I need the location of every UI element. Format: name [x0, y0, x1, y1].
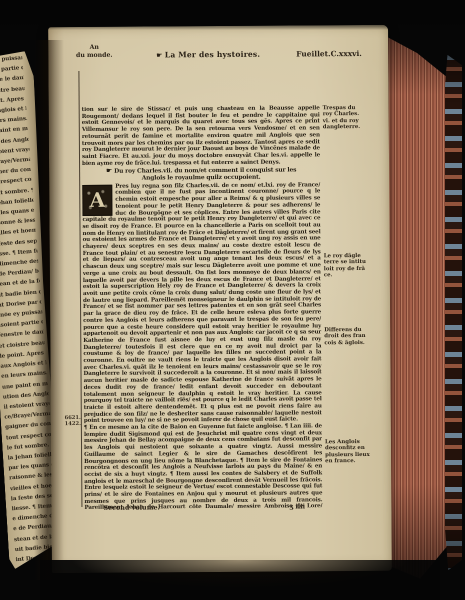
verso-fragment-line: la feste des sept seaulx: [0, 238, 37, 248]
margin-column-header: An du monde.: [66, 44, 122, 59]
verso-fragment-line: la Jehan folielle.xx.: [0, 198, 34, 208]
verso-fragment-line: le fut sombre. ¶ Item: [7, 442, 53, 452]
chapter-heading-text: Du roy Charles.vii. du nom/et comment il…: [114, 167, 296, 182]
folio-number: Fueillet.C.xxxvi.: [296, 49, 386, 59]
book-photo: { "photo": { "background_color": "#06060…: [0, 0, 465, 600]
margin-year: 6621. 1422.: [55, 415, 81, 427]
verso-fragment-line: ce/Braye/Vermandois: [0, 157, 30, 167]
verso-fragment-line: il estoient vrayemẽt: [3, 401, 49, 411]
verso-fragment-line: int Dorise par compai: [0, 299, 42, 309]
verso-fragment-line: ution des Anglois le: [3, 391, 49, 401]
paragraph-continuation: tion sur le sire de Stissac/ et puis ung…: [82, 105, 320, 167]
chapter-paragraph: APres luy regna son filz Charles.vii. de…: [82, 182, 322, 425]
verso-fragment-line: par les quans et prisone: [8, 462, 54, 472]
verso-fragment-line: une paint en mariage: [0, 126, 28, 136]
verso-fragment-line: asoient partie que luy: [0, 320, 43, 330]
verso-fragment-line: liesse. ¶ Item fut: [0, 248, 38, 258]
quire-signature: ʒ iiii: [289, 502, 305, 510]
drop-cap-letter: A: [90, 190, 106, 210]
events-paragraph: ¶ En ce mesme an la cite de Baion en Guy…: [84, 423, 323, 509]
book-page-recto: An du monde. ☛La Mer des hystoires. Fuei…: [48, 25, 392, 573]
verso-fragment-line: le point. Apres la mort: [0, 350, 46, 360]
verso-fragment-line: aux Anglois et leur: [0, 360, 46, 370]
margin-note-anglois-desconfitz: Les Anglois desconfitz en plusieurs lieu…: [325, 439, 387, 465]
woodcut-initial: A: [82, 184, 112, 215]
verso-fragment-line: gaigner du conte Dau: [5, 421, 51, 431]
verso-fragment-line: et cloistre beau la boche: [0, 86, 25, 96]
verso-fragment-line: le fut sombre. ¶ Item: [0, 187, 33, 197]
running-title: ☛La Mer des hystoires.: [156, 49, 306, 59]
verso-fragment-line: vieilles et hoemmes im: [10, 482, 56, 492]
verso-fragment-line: la feste des sept seaulx: [11, 492, 57, 502]
book-binding-edge: [445, 55, 462, 570]
verso-fragment-line: e de Perdiau/ bastard: [0, 269, 39, 279]
verso-fragment-line: uit badie bien quil fu: [0, 289, 41, 299]
main-text-block: tion sur le sire de Stissac/ et puis ung…: [82, 105, 323, 509]
verso-fragment-line: e dimenche dessoubz les: [0, 259, 39, 269]
manicule-icon: ☛: [156, 51, 163, 59]
margin-note-roi-angleterre: Le roy dãgle terre se intitu loit roy de…: [324, 253, 386, 279]
verso-fragment-line: stean et de la fouette: [0, 279, 40, 289]
verso-fragment-line: fenestre le daulphin et: [0, 330, 44, 340]
manicule-icon: ☛: [106, 167, 112, 175]
verso-fragment-line: gnõe ey puissance: [0, 55, 22, 65]
verso-fragment-line: tout respect contre les: [0, 177, 32, 187]
book-fore-edge: [386, 28, 448, 584]
running-title-text: La Mer des hystoires.: [165, 50, 261, 60]
verso-fragment-line: vieilles et hoemmes im: [0, 228, 36, 238]
verso-fragment-line: par les quans et prisone: [0, 208, 35, 218]
verso-fragment-line: ce/Braye/Vermandois: [4, 411, 50, 421]
verso-fragment-line: en leurs mains. Les: [0, 116, 27, 126]
chapter-paragraph-text: Pres luy regna son filz Charles.vii. de …: [82, 182, 321, 424]
verso-fragment-line: le point. Apres la mort: [0, 96, 26, 106]
margin-note-differens: Differens du droit des fran cois & ãgloi…: [324, 327, 386, 347]
verso-fragment-line: raisonne & lesse humble: [0, 218, 35, 228]
verso-fragment-line: et cloistre beau la boche: [0, 340, 45, 350]
verso-fragment-line: fenestre le daulphin et: [0, 75, 24, 85]
volume-label: Second volume.: [103, 503, 159, 511]
margin-note-trespas: Trespas du roy Charles. vi. et du roy da…: [323, 105, 385, 131]
year-grace: 1422.: [65, 421, 81, 427]
verso-fragment-line: aux Anglois et leur: [0, 106, 26, 116]
verso-fragment-line: tout respect contre les: [6, 431, 52, 441]
chapter-heading: ☛Du roy Charles.vii. du nom/et comment i…: [82, 167, 320, 183]
verso-fragment-line: gnõe ey puissance: [0, 309, 43, 319]
verso-fragment-line: raisonne & lesse humble: [9, 472, 55, 482]
verso-fragment-line: il estoient vrayemẽt: [0, 147, 30, 157]
verso-fragment-line: asoient partie que luy: [0, 65, 23, 75]
verso-fragment-line: la Jehan folielle.xx.: [7, 452, 53, 462]
verso-fragment-line: en leurs mains. Les: [1, 370, 47, 380]
verso-fragment-line: ution des Anglois le: [0, 136, 29, 146]
verso-fragment-line: gaigner du conte Dau: [0, 167, 31, 177]
verso-fragment-line: une paint en mariage: [2, 381, 48, 391]
